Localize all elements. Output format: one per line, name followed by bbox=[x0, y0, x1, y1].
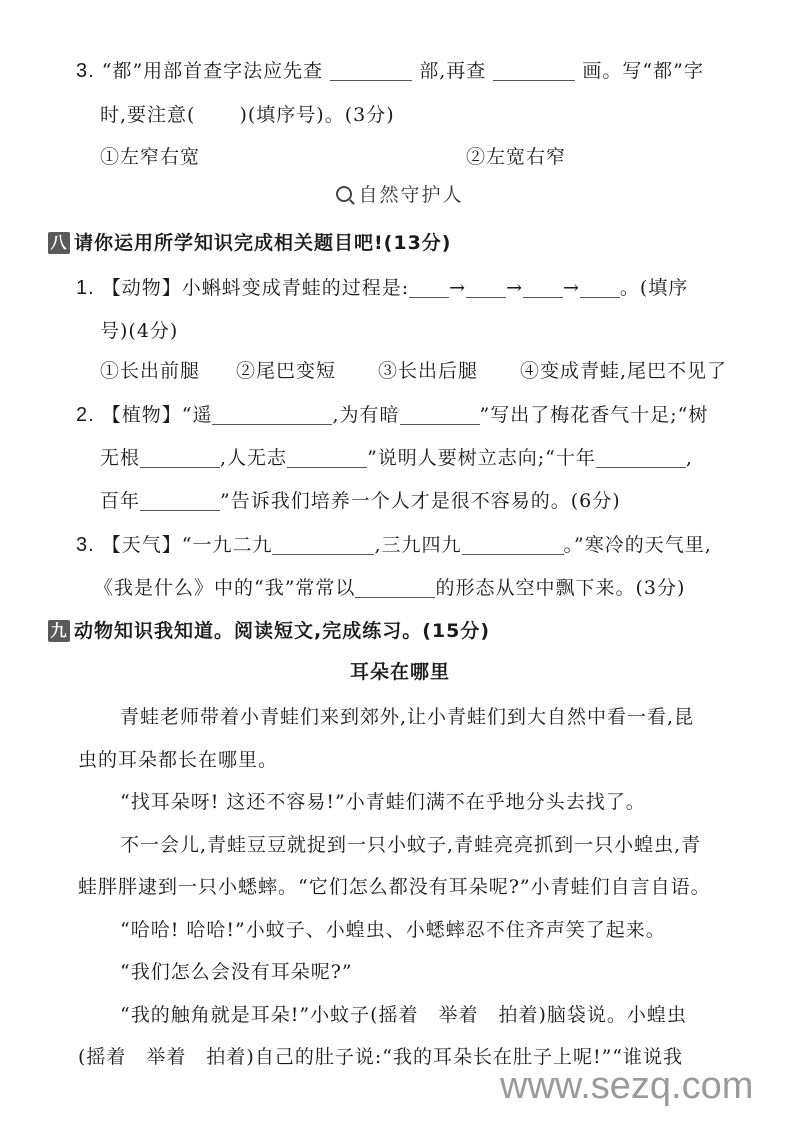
arrow-icon: → bbox=[449, 277, 466, 299]
answer-blank[interactable] bbox=[580, 279, 620, 298]
option-3: ③长出后腿 bbox=[378, 356, 520, 383]
story-line: “哈哈! 哈哈!”小蚊子、小蝗虫、小蟋蟀忍不住齐声笑了起来。 bbox=[120, 915, 666, 942]
question-text: , bbox=[686, 447, 693, 469]
section-badge: 八 bbox=[48, 232, 70, 254]
question-3-bushou-line2: 时,要注意()(填序号)。(3分) bbox=[100, 100, 395, 127]
question-text: ,人无志 bbox=[220, 447, 287, 469]
option-2: ②左宽右窄 bbox=[466, 142, 566, 169]
question-text: 【天气】“一九二九 bbox=[102, 534, 273, 556]
question-text: ”告诉我们培养一个人才是很不容易的。(6分) bbox=[220, 490, 621, 512]
question-1-line2: 号)(4分) bbox=[100, 316, 178, 343]
question-1-options: ①长出前腿②尾巴变短③长出后腿④变成青蛙,尾巴不见了 bbox=[100, 356, 727, 383]
option-1: ①左窄右宽 bbox=[100, 142, 200, 169]
story-line: 虫的耳朵都长在哪里。 bbox=[78, 745, 278, 772]
answer-blank[interactable] bbox=[596, 449, 686, 468]
question-2-line2: 无根,人无志”说明人要树立志向;“十年, bbox=[100, 443, 693, 470]
question-text: )(填序号)。(3分) bbox=[239, 104, 394, 126]
story-line: 青蛙老师带着小青蛙们来到郊外,让小青蛙们到大自然中看一看,昆 bbox=[120, 702, 694, 729]
question-text: 画。写“都”字 bbox=[582, 60, 703, 82]
question-3-bushou-options-2: ②左宽右窄 bbox=[466, 142, 566, 169]
question-3-weather-line1: 3. 【天气】“一九二九,三九四九。”寒冷的天气里, bbox=[76, 530, 712, 557]
answer-blank[interactable] bbox=[140, 492, 220, 511]
answer-blank[interactable] bbox=[212, 406, 332, 425]
question-text: ”写出了梅花香气十足;“树 bbox=[480, 404, 709, 426]
story-line: 不一会儿,青蛙豆豆就捉到一只小蚊子,青蛙亮亮抓到一只小蝗虫,青 bbox=[120, 830, 701, 857]
answer-blank[interactable] bbox=[330, 62, 412, 81]
answer-blank[interactable] bbox=[140, 449, 220, 468]
question-text: 部,再查 bbox=[419, 60, 486, 82]
story-line: “找耳朵呀! 这还不容易!”小青蛙们满不在乎地分头去找了。 bbox=[120, 787, 646, 814]
answer-blank[interactable] bbox=[462, 536, 564, 555]
option-1: ①长出前腿 bbox=[100, 356, 236, 383]
question-number: 3. bbox=[76, 534, 95, 556]
question-text: 《我是什么》中的“我”常常以 bbox=[94, 577, 355, 599]
question-text: 【植物】“遥 bbox=[102, 404, 213, 426]
section-title: 自然守护人 bbox=[0, 180, 800, 207]
question-3-bushou-line1: 3. “都”用部首查字法应先查 部,再查 画。写“都”字 bbox=[76, 56, 704, 83]
question-text: 号)(4分) bbox=[100, 320, 178, 342]
question-text: 无根 bbox=[100, 447, 140, 469]
question-text: 时,要注意( bbox=[100, 104, 195, 126]
section-heading-text: 动物知识我知道。阅读短文,完成练习。(15分) bbox=[74, 620, 490, 642]
question-text: ”说明人要树立志向;“十年 bbox=[367, 447, 596, 469]
question-text: 。(填序 bbox=[620, 277, 688, 299]
question-2-line1: 2. 【植物】“遥,为有暗”写出了梅花香气十足;“树 bbox=[76, 400, 708, 427]
answer-blank[interactable] bbox=[400, 406, 480, 425]
question-number: 2. bbox=[76, 404, 95, 426]
question-2-line3: 百年”告诉我们培养一个人才是很不容易的。(6分) bbox=[100, 486, 621, 513]
answer-blank[interactable] bbox=[493, 62, 575, 81]
question-1-line1: 1. 【动物】小蝌蚪变成青蛙的过程是:→→→。(填序 bbox=[76, 273, 688, 300]
option-2: ②尾巴变短 bbox=[236, 356, 378, 383]
option-4: ④变成青蛙,尾巴不见了 bbox=[520, 356, 727, 383]
question-text: 百年 bbox=[100, 490, 140, 512]
question-text: 。”寒冷的天气里, bbox=[564, 534, 712, 556]
answer-blank[interactable] bbox=[287, 449, 367, 468]
section-heading-text: 请你运用所学知识完成相关题目吧!(13分) bbox=[74, 232, 451, 254]
answer-blank[interactable] bbox=[523, 279, 563, 298]
answer-blank[interactable] bbox=[272, 536, 374, 555]
section-8-heading: 八请你运用所学知识完成相关题目吧!(13分) bbox=[48, 228, 451, 255]
question-text: ,为有暗 bbox=[332, 404, 399, 426]
story-line: “我的触角就是耳朵!”小蚊子(摇着 举着 拍着)脑袋说。小蝗虫 bbox=[120, 1000, 687, 1027]
question-text: 的形态从空中飘下来。(3分) bbox=[435, 577, 685, 599]
question-number: 3. bbox=[76, 60, 95, 82]
question-text: “都”用部首查字法应先查 bbox=[102, 60, 323, 82]
arrow-icon: → bbox=[563, 277, 580, 299]
section-badge: 九 bbox=[48, 620, 70, 642]
story-title: 耳朵在哪里 bbox=[0, 657, 800, 684]
answer-blank[interactable] bbox=[355, 579, 435, 598]
question-3-weather-line2: 《我是什么》中的“我”常常以的形态从空中飘下来。(3分) bbox=[94, 573, 685, 600]
question-text: 【动物】小蝌蚪变成青蛙的过程是: bbox=[102, 277, 409, 299]
question-3-bushou-options: ①左窄右宽 bbox=[100, 142, 200, 169]
answer-blank[interactable] bbox=[409, 279, 449, 298]
story-line: 蛙胖胖逮到一只小蟋蟀。“它们怎么都没有耳朵呢?”小青蛙们自言自语。 bbox=[78, 872, 711, 899]
question-text: ,三九四九 bbox=[374, 534, 461, 556]
section-9-heading: 九动物知识我知道。阅读短文,完成练习。(15分) bbox=[48, 616, 490, 643]
section-title-text: 自然守护人 bbox=[358, 184, 463, 206]
arrow-icon: → bbox=[506, 277, 523, 299]
answer-blank[interactable] bbox=[466, 279, 506, 298]
search-icon bbox=[336, 186, 352, 202]
question-number: 1. bbox=[76, 277, 95, 299]
story-line: “我们怎么会没有耳朵呢?” bbox=[120, 957, 353, 984]
watermark: www.sezq.com bbox=[500, 1065, 753, 1108]
